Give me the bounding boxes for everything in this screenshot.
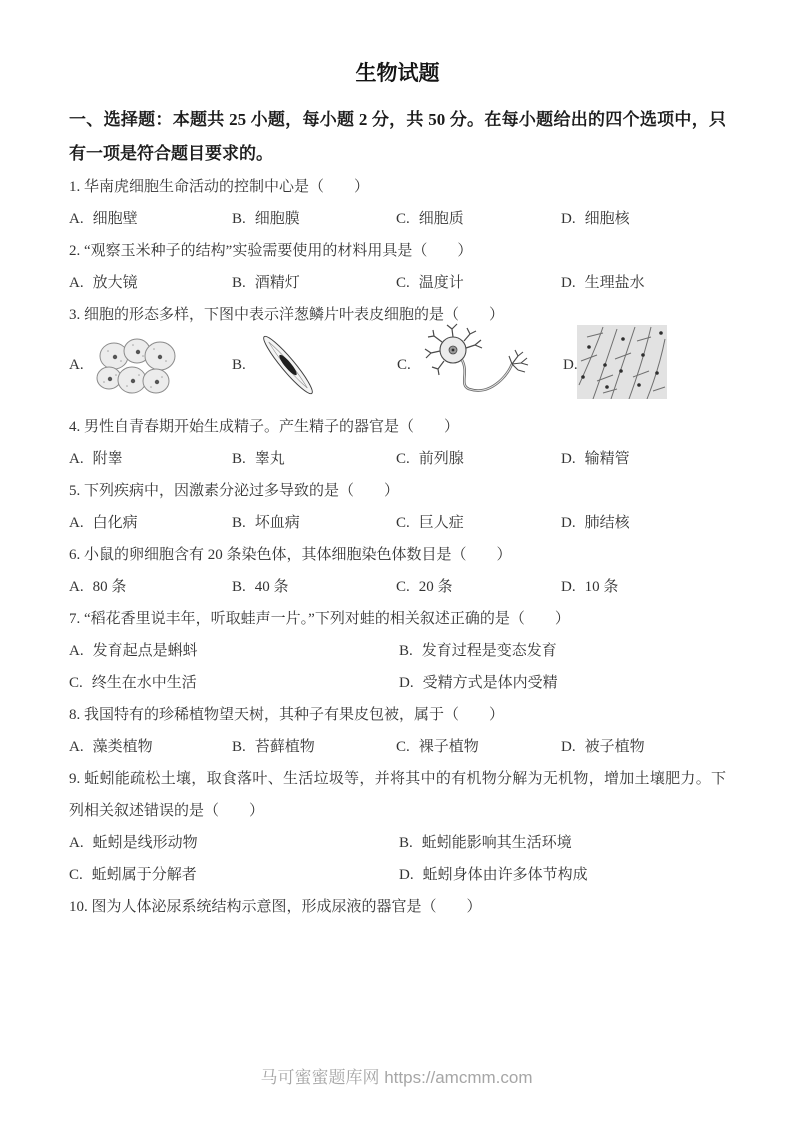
question-4-option-c: C.前列腺 — [396, 443, 561, 475]
exam-page: 生物试题 一、选择题：本题共 25 小题，每小题 2 分，共 50 分。在每小题… — [0, 0, 793, 1122]
question-6-option-d: D.10 条 — [561, 571, 726, 603]
question-7-stem: 7. “稻花香里说丰年，听取蛙声一片。”下列对蛙的相关叙述正确的是（ ） — [69, 603, 726, 635]
question-1-option-c: C.细胞质 — [396, 203, 561, 235]
question-1-stem: 1. 华南虎细胞生命活动的控制中心是（ ） — [69, 171, 726, 203]
question-4-option-a: A.附睾 — [69, 443, 232, 475]
question-5-stem: 5. 下列疾病中，因激素分泌过多导致的是（ ） — [69, 475, 726, 507]
question-9-option-d: D.蚯蚓身体由许多体节构成 — [399, 859, 726, 891]
question-9-option-c: C.蚯蚓属于分解者 — [69, 859, 399, 891]
question-4-stem: 4. 男性自青春期开始生成精子。产生精子的器官是（ ） — [69, 411, 726, 443]
watermark-footer: 马可蜜蜜题库网 https://amcmm.com — [0, 1063, 793, 1088]
question-1-option-b: B.细胞膜 — [232, 203, 396, 235]
question-8-option-a: A.藻类植物 — [69, 731, 232, 763]
question-7-options-row-1: A.发育起点是蝌蚪 B.发育过程是变态发育 — [69, 635, 726, 667]
onion-epidermis-micrograph-image — [577, 325, 667, 399]
question-2: 2. “观察玉米种子的结构”实验需要使用的材料用具是（ ） A.放大镜 B.酒精… — [69, 235, 726, 299]
question-7-option-a: A.发育起点是蝌蚪 — [69, 635, 399, 667]
question-8-option-c: C.裸子植物 — [396, 731, 561, 763]
round-cell-cluster-image — [94, 335, 184, 399]
question-2-option-c: C.温度计 — [396, 267, 561, 299]
question-7-options-row-2: C.终生在水中生活 D.受精方式是体内受精 — [69, 667, 726, 699]
question-3-image-label-d: D. — [563, 355, 578, 375]
question-4: 4. 男性自青春期开始生成精子。产生精子的器官是（ ） A.附睾 B.睾丸 C.… — [69, 411, 726, 475]
question-6: 6. 小鼠的卵细胞含有 20 条染色体，其体细胞染色体数目是（ ） A.80 条… — [69, 539, 726, 603]
question-8: 8. 我国特有的珍稀植物望天树，其种子有果皮包被，属于（ ） A.藻类植物 B.… — [69, 699, 726, 763]
question-3-image-row: A. B. C. D. — [69, 331, 726, 411]
question-5-option-b: B.坏血病 — [232, 507, 396, 539]
question-5-option-c: C.巨人症 — [396, 507, 561, 539]
question-8-stem: 8. 我国特有的珍稀植物望天树，其种子有果皮包被，属于（ ） — [69, 699, 726, 731]
question-1-option-a: A.细胞壁 — [69, 203, 232, 235]
neuron-image — [421, 323, 534, 403]
question-3-image-label-a: A. — [69, 355, 84, 375]
question-9-options-row-2: C.蚯蚓属于分解者 D.蚯蚓身体由许多体节构成 — [69, 859, 726, 891]
question-5-option-a: A.白化病 — [69, 507, 232, 539]
question-4-options: A.附睾 B.睾丸 C.前列腺 D.输精管 — [69, 443, 726, 475]
question-6-option-a: A.80 条 — [69, 571, 232, 603]
question-4-option-b: B.睾丸 — [232, 443, 396, 475]
question-2-stem: 2. “观察玉米种子的结构”实验需要使用的材料用具是（ ） — [69, 235, 726, 267]
question-1-option-d: D.细胞核 — [561, 203, 726, 235]
question-8-options: A.藻类植物 B.苔藓植物 C.裸子植物 D.被子植物 — [69, 731, 726, 763]
question-9-option-a: A.蚯蚓是线形动物 — [69, 827, 399, 859]
question-2-option-a: A.放大镜 — [69, 267, 232, 299]
question-10-stem: 10. 图为人体泌尿系统结构示意图，形成尿液的器官是（ ） — [69, 891, 726, 923]
exam-content: 生物试题 一、选择题：本题共 25 小题，每小题 2 分，共 50 分。在每小题… — [69, 58, 726, 923]
question-3: 3. 细胞的形态多样，下图中表示洋葱鳞片叶表皮细胞的是（ ） A. B. C. … — [69, 299, 726, 411]
question-9-options-row-1: A.蚯蚓是线形动物 B.蚯蚓能影响其生活环境 — [69, 827, 726, 859]
question-1-options: A.细胞壁 B.细胞膜 C.细胞质 D.细胞核 — [69, 203, 726, 235]
question-6-options: A.80 条 B.40 条 C.20 条 D.10 条 — [69, 571, 726, 603]
question-5: 5. 下列疾病中，因激素分泌过多导致的是（ ） A.白化病 B.坏血病 C.巨人… — [69, 475, 726, 539]
question-2-option-b: B.酒精灯 — [232, 267, 396, 299]
question-3-image-label-b: B. — [232, 355, 246, 375]
question-3-image-label-c: C. — [397, 355, 411, 375]
question-6-stem: 6. 小鼠的卵细胞含有 20 条染色体，其体细胞染色体数目是（ ） — [69, 539, 726, 571]
question-7-option-c: C.终生在水中生活 — [69, 667, 399, 699]
question-2-options: A.放大镜 B.酒精灯 C.温度计 D.生理盐水 — [69, 267, 726, 299]
question-10: 10. 图为人体泌尿系统结构示意图，形成尿液的器官是（ ） — [69, 891, 726, 923]
question-8-option-d: D.被子植物 — [561, 731, 726, 763]
question-8-option-b: B.苔藓植物 — [232, 731, 396, 763]
question-6-option-b: B.40 条 — [232, 571, 396, 603]
spindle-muscle-cell-image — [254, 329, 322, 401]
question-6-option-c: C.20 条 — [396, 571, 561, 603]
question-7-option-b: B.发育过程是变态发育 — [399, 635, 726, 667]
section-header: 一、选择题：本题共 25 小题，每小题 2 分，共 50 分。在每小题给出的四个… — [69, 103, 726, 171]
question-9-stem: 9. 蚯蚓能疏松土壤，取食落叶、生活垃圾等，并将其中的有机物分解为无机物，增加土… — [69, 763, 726, 827]
question-1: 1. 华南虎细胞生命活动的控制中心是（ ） A.细胞壁 B.细胞膜 C.细胞质 … — [69, 171, 726, 235]
question-7: 7. “稻花香里说丰年，听取蛙声一片。”下列对蛙的相关叙述正确的是（ ） A.发… — [69, 603, 726, 699]
question-9-option-b: B.蚯蚓能影响其生活环境 — [399, 827, 726, 859]
page-title: 生物试题 — [69, 58, 726, 88]
question-9: 9. 蚯蚓能疏松土壤，取食落叶、生活垃圾等，并将其中的有机物分解为无机物，增加土… — [69, 763, 726, 891]
question-2-option-d: D.生理盐水 — [561, 267, 726, 299]
question-5-option-d: D.肺结核 — [561, 507, 726, 539]
question-4-option-d: D.输精管 — [561, 443, 726, 475]
question-7-option-d: D.受精方式是体内受精 — [399, 667, 726, 699]
question-5-options: A.白化病 B.坏血病 C.巨人症 D.肺结核 — [69, 507, 726, 539]
